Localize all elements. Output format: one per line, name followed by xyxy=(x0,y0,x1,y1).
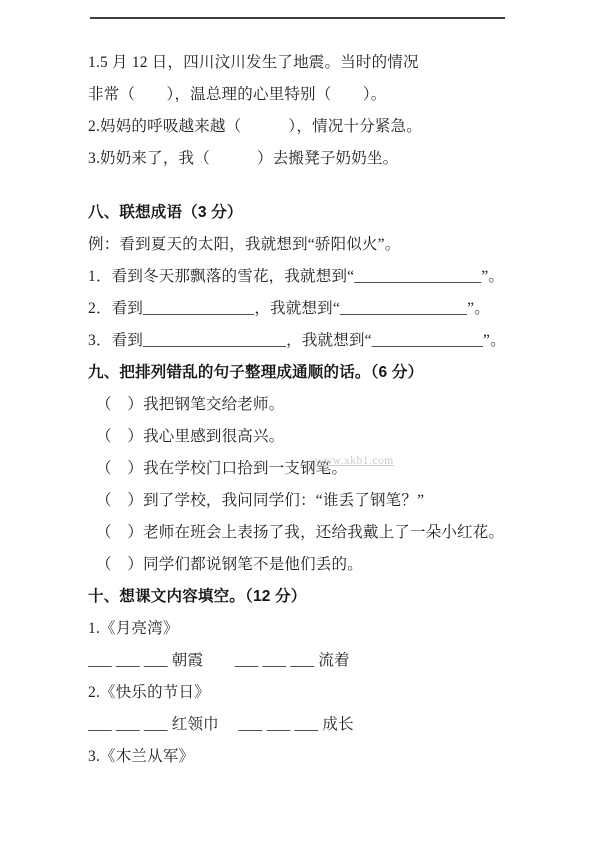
section-10-blanks: ___ ___ ___ 朝霞 ___ ___ ___ 流着 xyxy=(88,645,558,677)
section-8-example: 例：看到夏天的太阳，我就想到“骄阳似火”。 xyxy=(88,229,558,261)
section-10-heading: 十、想课文内容填空。（12 分） xyxy=(88,581,558,613)
section-9-item: （ ）我心里感到很高兴。 xyxy=(88,421,558,453)
section-10-title: 3.《木兰从军》 xyxy=(88,741,558,773)
top-divider-rule xyxy=(90,17,505,19)
section-10-title: 2.《快乐的节日》 xyxy=(88,677,558,709)
worksheet-content: 1.5 月 12 日，四川汶川发生了地震。当时的情况 非常（ ），温总理的心里特… xyxy=(88,47,558,773)
sentence-line: 2.妈妈的呼吸越来越（ ），情况十分紧急。 xyxy=(88,111,558,143)
section-10-blanks: ___ ___ ___ 红领巾 ___ ___ ___ 成长 xyxy=(88,709,558,741)
section-9-heading: 九、把排列错乱的句子整理成通顺的话。（6 分） xyxy=(88,357,558,389)
sentence-line: 非常（ ），温总理的心里特别（ ）。 xyxy=(88,79,558,111)
section-8-heading: 八、联想成语（3 分） xyxy=(88,197,558,229)
section-9-item: （ ）到了学校，我问同学们：“谁丢了钢笔？” xyxy=(88,485,558,517)
section-8-item: 3．看到__________________，我就想到“____________… xyxy=(88,325,558,357)
section-9-item: （ ）老师在班会上表扬了我，还给我戴上了一朵小红花。 xyxy=(88,517,558,549)
sentence-line: 1.5 月 12 日，四川汶川发生了地震。当时的情况 xyxy=(88,47,558,79)
section-9-item: （ ）我把钢笔交给老师。 xyxy=(88,389,558,421)
section-10-title: 1.《月亮湾》 xyxy=(88,613,558,645)
sentence-line: 3.奶奶来了，我（ ）去搬凳子奶奶坐。 xyxy=(88,143,558,175)
section-8-item: 1．看到冬天那飘落的雪花，我就想到“________________”。 xyxy=(88,261,558,293)
section-8-item: 2．看到______________，我就想到“________________… xyxy=(88,293,558,325)
section-9-item: （ ）同学们都说钢笔不是他们丢的。 xyxy=(88,549,558,581)
site-watermark: www.xkb1.com xyxy=(315,455,394,467)
worksheet-page: 1.5 月 12 日，四川汶川发生了地震。当时的情况 非常（ ），温总理的心里特… xyxy=(0,0,596,842)
